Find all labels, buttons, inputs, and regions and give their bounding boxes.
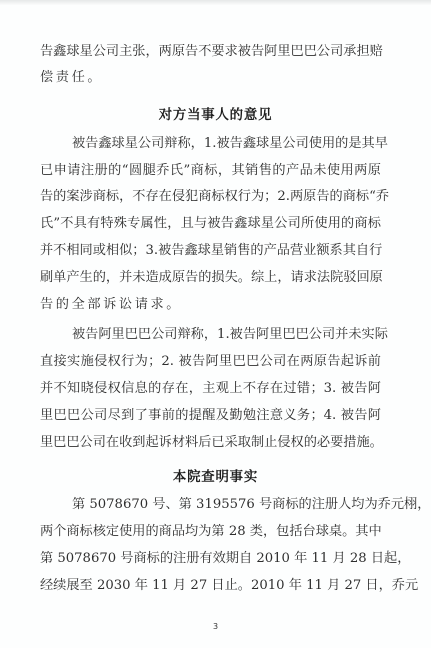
body-text-line: 告的案涉商标，不存在侵犯商标权行为；2.两原告的商标“乔 [40, 188, 381, 206]
body-text-line: 告鑫球星公司主张，两原告不要求被告阿里巴巴公司承担赔 [40, 43, 381, 61]
body-text-line: 刷单产生的，并未造成原告的损失。综上，请求法院驳回原 [40, 269, 381, 287]
body-text-line: 第 5078670 号商标的注册有效期自 2010 年 11 月 28 日起， [40, 550, 381, 568]
section-heading-opposing-opinions: 对方当事人的意见 [0, 107, 431, 125]
body-text-line: 告的全部诉讼请求。 [40, 296, 381, 314]
body-text-line: 里巴巴公司尽到了事前的提醒及勤勉注意义务；4. 被告阿 [40, 407, 381, 425]
body-text-line: 被告阿里巴巴公司辩称，1.被告阿里巴巴公司并未实际 [72, 326, 381, 344]
body-text-line: 已申请注册的“圆腿乔氏”商标，其销售的产品未使用两原 [40, 162, 381, 180]
page-number: 3 [0, 621, 431, 633]
body-text-line: 并不知晓侵权信息的存在，主观上不存在过错；3. 被告阿 [40, 380, 381, 398]
body-text-line: 偿责任。 [40, 69, 381, 87]
body-text-line: 直接实施侵权行为；2. 被告阿里巴巴公司在两原告起诉前 [40, 353, 381, 371]
body-text-line: 两个商标核定使用的商品均为第 28 类，包括台球桌。其中 [40, 523, 381, 541]
body-text-line: 氏”不具有特殊专属性，且与被告鑫球星公司所使用的商标 [40, 215, 381, 233]
document-page: 告鑫球星公司主张，两原告不要求被告阿里巴巴公司承担赔 偿责任。 对方当事人的意见… [0, 0, 431, 648]
body-text-line: 经续展至 2030 年 11 月 27 日止。2010 年 11 月 27 日，… [40, 577, 381, 595]
body-text-line: 并不相同或相似；3.被告鑫球星销售的产品营业额系其自行 [40, 242, 381, 260]
section-heading-court-findings: 本院查明事实 [0, 469, 431, 487]
body-text-line: 被告鑫球星公司辩称，1.被告鑫球星公司使用的是其早 [72, 135, 381, 153]
body-text-line: 里巴巴公司在收到起诉材料后已采取制止侵权的必要措施。 [40, 434, 381, 452]
body-text-line: 第 5078670 号、第 3195576 号商标的注册人均为乔元栩， [72, 496, 381, 514]
